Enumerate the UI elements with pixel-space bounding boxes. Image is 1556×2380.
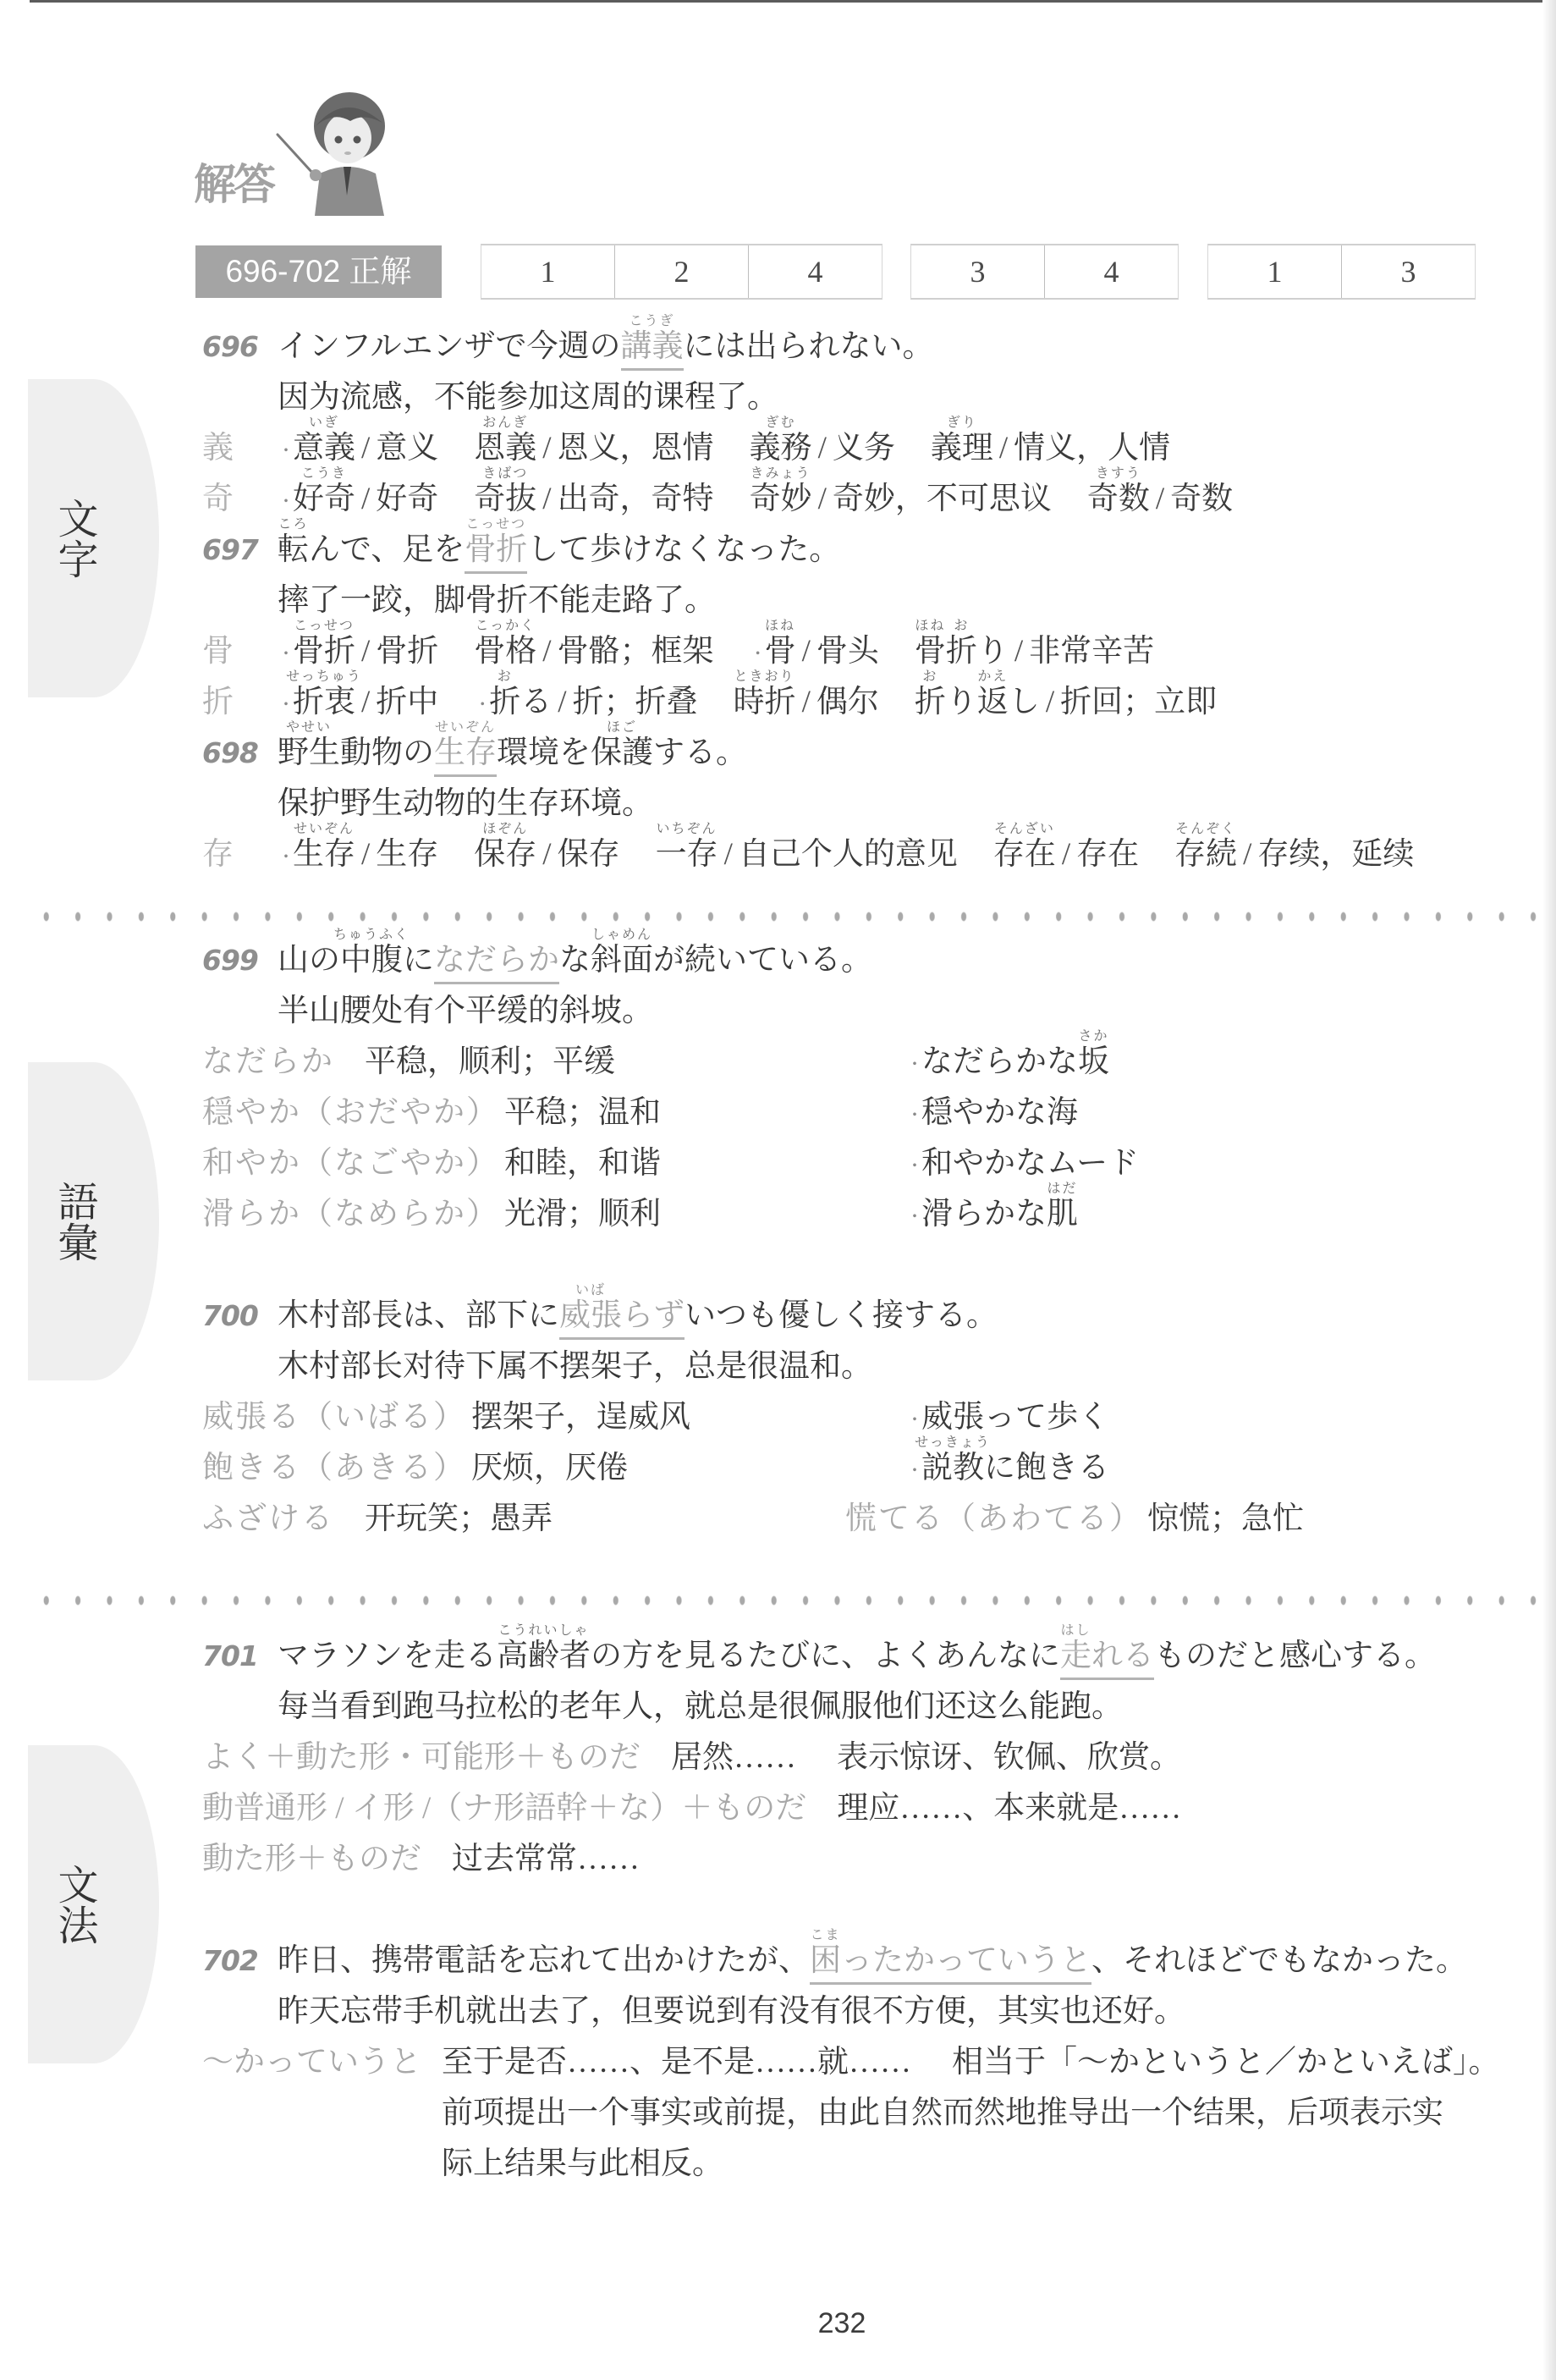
furigana-reading: やせい <box>244 720 374 734</box>
segment-text: 時折 <box>734 685 796 719</box>
translation: 木村部长对待下属不摆架子，总是很温和。 <box>202 1342 1548 1392</box>
furigana-reading: ほね <box>731 619 830 632</box>
segment-text: なだらか <box>434 943 559 978</box>
vocab-note-row: 和やか（なごやか）和睦，和谐・和やかなムード <box>202 1138 1548 1189</box>
question-sentence: 昨日、携帯電話を忘れて出かけたが、困こまったかっていうと、それほどでもなかった。 <box>278 1943 1467 1978</box>
segment-text: 生存 <box>293 837 355 872</box>
grammar-meaning: 居然…… <box>671 1740 796 1775</box>
slash-separator: / <box>361 837 370 872</box>
segment-text: 木村部長は、部下に <box>278 1298 559 1333</box>
question-line: 699山の中腹ちゅうふくになだらかな斜面しゃめんが続いている。 <box>202 935 1548 986</box>
kanji-meaning: 奇妙，不可思议 <box>833 482 1052 516</box>
furigana-reading: こうき <box>259 466 389 480</box>
segment-text: らず <box>622 1298 685 1333</box>
furigana-reading: お <box>455 669 554 683</box>
target-word: 走はし <box>1060 1640 1091 1680</box>
slash-separator: / <box>361 685 370 719</box>
segment-text: 一存 <box>656 837 718 872</box>
grammar-pattern: 動普通形 / イ形 /（ナ形語幹＋な）＋ものだ <box>202 1791 806 1826</box>
kanji-word-item: 奇抜きばつ/出奇，奇特 <box>474 482 713 516</box>
vocab-term: ふざける <box>202 1501 334 1536</box>
kanji-word-item: 一存いちぞん/自己个人的意见 <box>656 837 958 872</box>
ruby-word: 存続そんぞく <box>1174 839 1237 870</box>
segment-text: いつも優しく接する。 <box>685 1298 998 1333</box>
text-segment: 昨日、携帯電話を忘れて出かけたが、 <box>278 1945 810 1976</box>
grammar-note-row: よく＋動た形・可能形＋ものだ居然……表示惊讶、钦佩、欣赏。 <box>202 1733 1548 1783</box>
translation: 因为流感，不能参加这周的课程了。 <box>202 372 1548 423</box>
segment-text: 奇抜 <box>474 482 536 516</box>
answer-group: 124 <box>481 244 882 300</box>
text-segment: 和やかなムード <box>921 1148 1139 1179</box>
segment-text: 義務 <box>750 431 812 466</box>
text-segment: に飽きる <box>984 1452 1109 1484</box>
target-word: 骨折こっせつ <box>465 534 527 574</box>
vocab-term: 飽きる（あきる） <box>202 1451 466 1485</box>
ruby-word: 存在そんざい <box>993 839 1056 870</box>
text-segment: んで、足を <box>309 534 465 565</box>
vocab-meaning: 光滑；顺利 <box>504 1197 661 1231</box>
kanji-word: 生存せいぞん <box>293 837 355 872</box>
kanji-word-item: ・折おる/折；折叠 <box>474 685 697 719</box>
vocab-meaning: 开玩笑；愚弄 <box>365 1501 553 1536</box>
side-tab-label: 文字 <box>53 498 96 579</box>
answer-cell: 1 <box>1208 245 1342 298</box>
vocab-entry: なだらか平稳，顺利；平缓 <box>202 1037 906 1088</box>
question-number: 699 <box>202 935 278 986</box>
vocab-meaning: 平稳；温和 <box>504 1095 661 1130</box>
kanji-meaning: 奇数 <box>1170 482 1233 516</box>
kanji-word-item: ・骨折こっせつ/骨折 <box>278 634 438 669</box>
grammar-meaning: 表示惊讶、钦佩、欣赏。 <box>837 1740 1181 1775</box>
grammar-meaning: 相当于「～かというと／かといえば」。 <box>952 2045 1500 2080</box>
bullet-icon: ・ <box>278 832 293 883</box>
segment-text: 高齢者 <box>497 1639 591 1673</box>
question-line: 696インフルエンザで今週の講義こうぎには出られない。 <box>202 322 1548 372</box>
side-tab-goi: 語彙 <box>28 1062 159 1380</box>
question-sentence: 野生やせい動物の生存せいぞん環境を保護ほごする。 <box>278 735 747 770</box>
kanji-meaning: 偶尔 <box>816 685 879 719</box>
slash-separator: / <box>1156 482 1164 516</box>
segment-text: 折衷 <box>293 685 355 719</box>
bullet-icon: ・ <box>906 1446 921 1496</box>
slash-separator: / <box>818 431 827 466</box>
segment-text: 保護 <box>591 735 653 770</box>
question-number: 696 <box>202 322 278 372</box>
vocab-term: 滑らか（なめらか） <box>202 1197 499 1231</box>
slash-separator: / <box>542 431 551 466</box>
answer-cell: 3 <box>1342 245 1475 298</box>
grammar-note-row: 動た形＋ものだ过去常常…… <box>202 1834 1548 1885</box>
kanji-word-item: ・意義いぎ/意义 <box>278 431 438 466</box>
grammar-meaning: 过去常常…… <box>452 1842 640 1876</box>
furigana-reading: さか <box>1044 1029 1143 1043</box>
furigana-reading: こっせつ <box>259 619 389 632</box>
segment-text: 骨格 <box>474 634 536 669</box>
text-segment: ものだと感心する。 <box>1154 1640 1436 1672</box>
segment-text: 返 <box>977 685 1009 719</box>
question-sentence: 転ころんで、足を骨折こっせつして歩けなくなった。 <box>278 532 840 567</box>
text-segment: し <box>1009 686 1040 718</box>
ruby-word: 保護ほご <box>591 737 653 769</box>
grammar-pattern: よく＋動た形・可能形＋ものだ <box>202 1740 641 1775</box>
grammar-explanation: 过去常常…… <box>452 1842 680 1876</box>
segment-text: んで、足を <box>309 532 465 567</box>
kanji-word: 奇妙きみょう <box>750 482 812 516</box>
furigana-reading: そんぞく <box>1141 822 1271 835</box>
grammar-note-row: ～かっていうと至于是否……、是不是……就……相当于「～かというと／かといえば」。… <box>202 2037 1548 2190</box>
segment-text: 肌 <box>1047 1197 1078 1231</box>
question-line: 697転ころんで、足を骨折こっせつして歩けなくなった。 <box>202 525 1548 576</box>
slash-separator: / <box>818 482 827 516</box>
kanji-word-item: ・折衷せっちゅう/折中 <box>278 685 438 719</box>
dotted-divider <box>30 1595 1550 1606</box>
ruby-word: 骨折こっせつ <box>293 636 355 667</box>
kanji-word: 骨格こっかく <box>474 634 536 669</box>
segment-text: 穏やかな海 <box>921 1095 1078 1130</box>
kanji-meaning: 骨骼；框架 <box>558 634 714 669</box>
section-kanji: 696インフルエンザで今週の講義こうぎには出られない。因为流感，不能参加这周的课… <box>202 322 1548 880</box>
vocab-note-row: 穏やか（おだやか）平稳；温和・穏やかな海 <box>202 1088 1548 1138</box>
segment-text: 斜面 <box>591 943 653 978</box>
segment-text: 義理 <box>931 431 993 466</box>
segment-text: に <box>403 943 434 978</box>
question-number: 701 <box>202 1631 278 1682</box>
text-segment: マラソンを走る <box>278 1640 497 1672</box>
furigana-reading: きすう <box>1053 466 1184 480</box>
vocab-meaning: 和睦，和谐 <box>504 1146 661 1181</box>
segment-text: 骨 <box>765 634 796 669</box>
answers-range-label: 696-702 正解 <box>195 245 442 298</box>
question-number: 697 <box>202 525 278 576</box>
question-block: 702昨日、携帯電話を忘れて出かけたが、困こまったかっていうと、それほどでもなか… <box>202 1936 1548 2190</box>
bullet-icon: ・ <box>906 1039 921 1090</box>
slash-separator: / <box>361 482 370 516</box>
segment-text: り <box>946 685 977 719</box>
kanji-word: 義理ぎり <box>931 431 993 466</box>
slash-separator: / <box>802 685 811 719</box>
segment-text: 坂 <box>1078 1044 1109 1079</box>
kanji-meaning: 折；折叠 <box>573 685 698 719</box>
furigana-reading: こっかく <box>440 619 570 632</box>
vocab-meaning: 惊慌；急忙 <box>1147 1501 1304 1536</box>
segment-text: 和やかなムード <box>921 1146 1139 1181</box>
text-segment: り <box>977 636 1009 667</box>
page-top-rule <box>30 0 1556 3</box>
kanji-meaning: 情义，人情 <box>1014 431 1170 466</box>
vocab-example: ・穏やかな海 <box>906 1088 1078 1141</box>
side-tab-moji: 文字 <box>28 379 159 697</box>
text-segment: する。 <box>653 737 747 769</box>
target-word: ったかっていうと <box>841 1945 1091 1985</box>
question-block: 701マラソンを走る高齢者こうれいしゃの方を見るたびに、よくあんなに走はしれるも… <box>202 1631 1548 1885</box>
vocab-term: 穏やか（おだやか） <box>202 1095 499 1130</box>
vocab-meaning: 平稳，顺利；平缓 <box>365 1044 615 1079</box>
kanji-word: 意義いぎ <box>293 431 355 466</box>
question-number: 698 <box>202 728 278 779</box>
text-segment: いつも優しく接する。 <box>685 1300 998 1331</box>
furigana-reading: せっきょう <box>888 1435 1018 1449</box>
kanji-meaning: 恩义，恩情 <box>558 431 714 466</box>
target-word: れる <box>1091 1640 1154 1680</box>
segment-text: 威張って歩く <box>921 1400 1109 1435</box>
segment-text: 存在 <box>993 837 1056 872</box>
vocab-example: ・滑らかな肌はだ <box>906 1189 1078 1242</box>
vocab-entry: 慌てる（あわてる）惊慌；急忙 <box>845 1494 1304 1545</box>
segment-text: に飽きる <box>984 1451 1109 1485</box>
kanji-word-item: 骨ほね折おり/非常辛苦 <box>915 634 1154 669</box>
question-block: 697転ころんで、足を骨折こっせつして歩けなくなった。摔了一跤，脚骨折不能走路了… <box>202 525 1548 728</box>
kanji-word: 存続そんぞく <box>1174 837 1237 872</box>
vocab-note-row: なだらか平稳，顺利；平缓・なだらかな坂さか <box>202 1037 1548 1088</box>
question-block: 700木村部長は、部下に威張いばらずいつも優しく接する。木村部长对待下属不摆架子… <box>202 1291 1548 1545</box>
furigana-reading: きばつ <box>440 466 570 480</box>
side-tab-label: 文法 <box>53 1864 96 1945</box>
ruby-word: 高齢者こうれいしゃ <box>497 1640 591 1672</box>
ruby-word: 中腹ちゅうふく <box>340 945 403 976</box>
segment-text: 恩義 <box>474 431 536 466</box>
kanji-word: 一存いちぞん <box>656 837 718 872</box>
segment-text: なだらかな <box>921 1044 1078 1079</box>
segment-text: 折 <box>946 634 977 669</box>
furigana-reading: ほぞん <box>440 822 570 835</box>
slash-separator: / <box>1046 685 1054 719</box>
kanji-meaning: 自己个人的意见 <box>739 837 958 872</box>
ruby-word: 骨ほね <box>915 636 946 667</box>
ruby-word: 恩義おんぎ <box>474 432 536 464</box>
segment-text: 講義 <box>621 329 684 364</box>
kanji-meaning: 骨折 <box>376 634 438 669</box>
kanji-meaning: 存在 <box>1076 837 1139 872</box>
grammar-explanation: 至于是否……、是不是……就……相当于「～かというと／かといえば」。前项提出一个事… <box>442 2037 1542 2190</box>
vocab-note-row: 威張る（いばる）摆架子，逞威风・威張って歩く <box>202 1392 1548 1443</box>
segment-text: 環境を <box>497 735 591 770</box>
segment-text: 昨日、携帯電話を忘れて出かけたが、 <box>278 1943 810 1978</box>
question-block: 698野生やせい動物の生存せいぞん環境を保護ほごする。保护野生动物的生存环境。存… <box>202 728 1548 880</box>
text-segment: 木村部長は、部下に <box>278 1300 559 1331</box>
segment-text: 野生 <box>278 735 340 770</box>
furigana-reading: はし <box>1026 1623 1125 1637</box>
kanji-word: 恩義おんぎ <box>474 431 536 466</box>
kanji-word-item: ・骨ほね/骨头 <box>750 634 879 669</box>
furigana-reading: ころ <box>244 517 343 531</box>
furigana-reading: きみょう <box>716 466 846 480</box>
ruby-word: 生存せいぞん <box>293 839 355 870</box>
side-tab-label: 語彙 <box>53 1181 96 1262</box>
vocab-note-row: 飽きる（あきる）厌烦，厌倦・説教せっきょうに飽きる <box>202 1443 1548 1494</box>
segment-text: マラソンを走る <box>278 1639 497 1673</box>
segment-text: る <box>520 685 552 719</box>
vocab-term: 和やか（なごやか） <box>202 1146 499 1181</box>
kanji-word-item: 折おり返かえし/折回；立即 <box>915 685 1217 719</box>
kanji-note-row: 義・意義いぎ/意义恩義おんぎ/恩义，恩情義務ぎむ/义务義理ぎり/情义，人情 <box>202 423 1548 474</box>
question-block: 696インフルエンザで今週の講義こうぎには出られない。因为流感，不能参加这周的课… <box>202 322 1548 525</box>
question-line: 701マラソンを走る高齢者こうれいしゃの方を見るたびに、よくあんなに走はしれるも… <box>202 1631 1548 1682</box>
answer-cell: 4 <box>749 245 882 298</box>
segment-text: 骨折 <box>465 532 527 567</box>
segment-text: 骨 <box>915 634 946 669</box>
kanji-word-item: 奇数きすう/奇数 <box>1087 482 1233 516</box>
slash-separator: / <box>999 431 1008 466</box>
kanji-word-item: ・生存せいぞん/生存 <box>278 837 438 872</box>
ruby-word: 奇数きすう <box>1087 483 1150 515</box>
page-title: 解答 <box>194 159 273 210</box>
grammar-note-row: 動普通形 / イ形 /（ナ形語幹＋な）＋ものだ理应……、本来就是…… <box>202 1783 1548 1834</box>
ruby-word: 説教せっきょう <box>921 1452 984 1484</box>
segment-text: インフルエンザで今週の <box>278 329 621 364</box>
ruby-word: 義理ぎり <box>931 432 993 464</box>
vocab-meaning: 摆架子，逞威风 <box>471 1400 690 1435</box>
slash-separator: / <box>1062 837 1070 872</box>
slash-separator: / <box>542 634 551 669</box>
kanji-meaning: 非常辛苦 <box>1029 634 1154 669</box>
kanji-label: 存 <box>202 829 278 880</box>
kanji-meaning: 意义 <box>376 431 438 466</box>
ruby-word: 時折ときおり <box>734 686 796 718</box>
grammar-explanation: 理应……、本来就是…… <box>837 1791 1222 1826</box>
vocab-meaning: 厌烦，厌倦 <box>471 1451 628 1485</box>
kanji-word: 骨ほね折おり <box>915 634 1009 669</box>
kanji-meaning: 好奇 <box>376 482 438 516</box>
kanji-word-item: 奇妙きみょう/奇妙，不可思议 <box>750 482 1052 516</box>
vocab-entry: 飽きる（あきる）厌烦，厌倦 <box>202 1443 906 1494</box>
kanji-word: 奇数きすう <box>1087 482 1150 516</box>
furigana-reading: ぎむ <box>716 416 846 429</box>
slash-separator: / <box>361 634 370 669</box>
segment-text: ったかっていうと <box>841 1943 1091 1978</box>
ruby-word: 折お <box>489 686 520 718</box>
furigana-reading: ちゅうふく <box>306 928 437 941</box>
translation: 半山腰处有个平缓的斜坡。 <box>202 986 1548 1037</box>
text-segment: 滑らかな <box>921 1198 1047 1230</box>
target-word: 威張いば <box>559 1300 622 1340</box>
kanji-meaning: 出奇，奇特 <box>558 482 714 516</box>
segment-text: 中腹 <box>340 943 403 978</box>
segment-text: の方を見るたびに、よくあんなに <box>591 1639 1060 1673</box>
segment-text: 走 <box>1060 1639 1091 1673</box>
kanji-meaning: 折回；立即 <box>1060 685 1217 719</box>
segment-text: して歩けなくなった。 <box>527 532 840 567</box>
ruby-word: 野生やせい <box>278 737 340 769</box>
ruby-word: 肌はだ <box>1047 1198 1078 1230</box>
vocab-entry: 威張る（いばる）摆架子，逞威风 <box>202 1392 906 1443</box>
text-segment: 動物の <box>340 737 434 769</box>
furigana-reading: そんざい <box>959 822 1090 835</box>
ruby-word: 転ころ <box>278 534 309 565</box>
text-segment: 穏やかな海 <box>921 1097 1078 1128</box>
segment-text: 生存 <box>434 735 497 770</box>
kanji-word: 好奇こうき <box>293 482 355 516</box>
question-line: 700木村部長は、部下に威張いばらずいつも優しく接する。 <box>202 1291 1548 1342</box>
kanji-word-item: 保存ほぞん/保存 <box>474 837 619 872</box>
kanji-meaning: 骨头 <box>816 634 879 669</box>
segment-text: には出られない。 <box>684 329 934 364</box>
slash-separator: / <box>1014 634 1023 669</box>
grammar-explanation: 居然……表示惊讶、钦佩、欣赏。 <box>671 1740 1222 1775</box>
segment-text: 動物の <box>340 735 434 770</box>
translation: 昨天忘带手机就出去了，但要说到有没有很不方便，其实也还好。 <box>202 1986 1548 2037</box>
kanji-word-item: 存在そんざい/存在 <box>993 837 1139 872</box>
segment-text: 保存 <box>474 837 536 872</box>
segment-text: な <box>559 943 591 978</box>
slash-separator: / <box>558 685 566 719</box>
segment-text: 奇妙 <box>750 482 812 516</box>
kanji-word: 存在そんざい <box>993 837 1056 872</box>
answer-cell: 3 <box>911 245 1045 298</box>
target-word: なだらか <box>434 945 559 984</box>
vocab-entry: ふざける开玩笑；愚弄 <box>202 1494 906 1545</box>
ruby-word: 意義いぎ <box>293 432 355 464</box>
text-segment: して歩けなくなった。 <box>527 534 840 565</box>
text-segment: に <box>403 945 434 976</box>
kanji-meaning: 保存 <box>558 837 620 872</box>
kanji-word-item: 恩義おんぎ/恩义，恩情 <box>474 431 713 466</box>
text-segment: 威張って歩く <box>921 1402 1109 1433</box>
slash-separator: / <box>802 634 811 669</box>
vocab-entry: 和やか（なごやか）和睦，和谐 <box>202 1138 906 1189</box>
segment-text: 説教 <box>921 1451 984 1485</box>
vocab-term: 威張る（いばる） <box>202 1400 466 1435</box>
segment-text: 、それほどでもなかった。 <box>1091 1943 1467 1978</box>
kanji-word: 折おる <box>489 685 552 719</box>
dotted-divider <box>30 911 1550 923</box>
segment-text: 奇数 <box>1087 482 1150 516</box>
slash-separator: / <box>542 837 551 872</box>
ruby-word: 折お <box>946 636 977 667</box>
segment-text: 山の <box>278 943 340 978</box>
furigana-reading: はだ <box>1013 1182 1112 1195</box>
text-segment: な <box>559 945 591 976</box>
text-segment: なだらかな <box>921 1046 1078 1077</box>
question-sentence: マラソンを走る高齢者こうれいしゃの方を見るたびに、よくあんなに走はしれるものだと… <box>278 1639 1436 1673</box>
ruby-word: 折お <box>915 686 946 718</box>
answer-cell: 1 <box>481 245 615 298</box>
furigana-reading: ほご <box>557 720 687 734</box>
furigana-reading: お <box>912 619 1011 632</box>
kanji-meaning: 存续，延续 <box>1257 837 1414 872</box>
kanji-note-row: 存・生存せいぞん/生存保存ほぞん/保存一存いちぞん/自己个人的意见存在そんざい/… <box>202 829 1548 880</box>
kanji-word: 折おり返かえし <box>915 685 1040 719</box>
segment-text: 骨折 <box>293 634 355 669</box>
furigana-reading: せっちゅう <box>259 669 389 683</box>
text-segment: る <box>520 686 552 718</box>
ruby-word: 骨格こっかく <box>474 636 536 667</box>
text-segment: り <box>946 686 977 718</box>
text-segment: には出られない。 <box>684 331 934 362</box>
section-grammar: 701マラソンを走る高齢者こうれいしゃの方を見るたびに、よくあんなに走はしれるも… <box>202 1631 1548 2190</box>
ruby-word: 坂さか <box>1078 1046 1109 1077</box>
furigana-reading: せいぞん <box>400 720 531 734</box>
segment-text: する。 <box>653 735 747 770</box>
question-number: 700 <box>202 1291 278 1342</box>
translation: 每当看到跑马拉松的老年人，就总是很佩服他们还这么能跑。 <box>202 1682 1548 1733</box>
segment-text: 転 <box>278 532 309 567</box>
furigana-reading: かえ <box>943 669 1042 683</box>
furigana-reading: しゃめん <box>557 928 687 941</box>
text-segment: が続いている。 <box>653 945 872 976</box>
question-sentence: 木村部長は、部下に威張いばらずいつも優しく接する。 <box>278 1298 998 1333</box>
answer-group: 34 <box>910 244 1179 300</box>
segment-text: が続いている。 <box>653 943 872 978</box>
question-sentence: 山の中腹ちゅうふくになだらかな斜面しゃめんが続いている。 <box>278 943 872 978</box>
answer-group: 13 <box>1207 244 1476 300</box>
kanji-word: 時折ときおり <box>734 685 796 719</box>
kanji-word-item: 骨格こっかく/骨骼；框架 <box>474 634 713 669</box>
ruby-word: 斜面しゃめん <box>591 945 653 976</box>
segment-text: ものだと感心する。 <box>1154 1639 1436 1673</box>
segment-text: 威張 <box>559 1298 622 1333</box>
question-line: 698野生やせい動物の生存せいぞん環境を保護ほごする。 <box>202 728 1548 779</box>
teacher-mascot-icon <box>269 87 392 220</box>
